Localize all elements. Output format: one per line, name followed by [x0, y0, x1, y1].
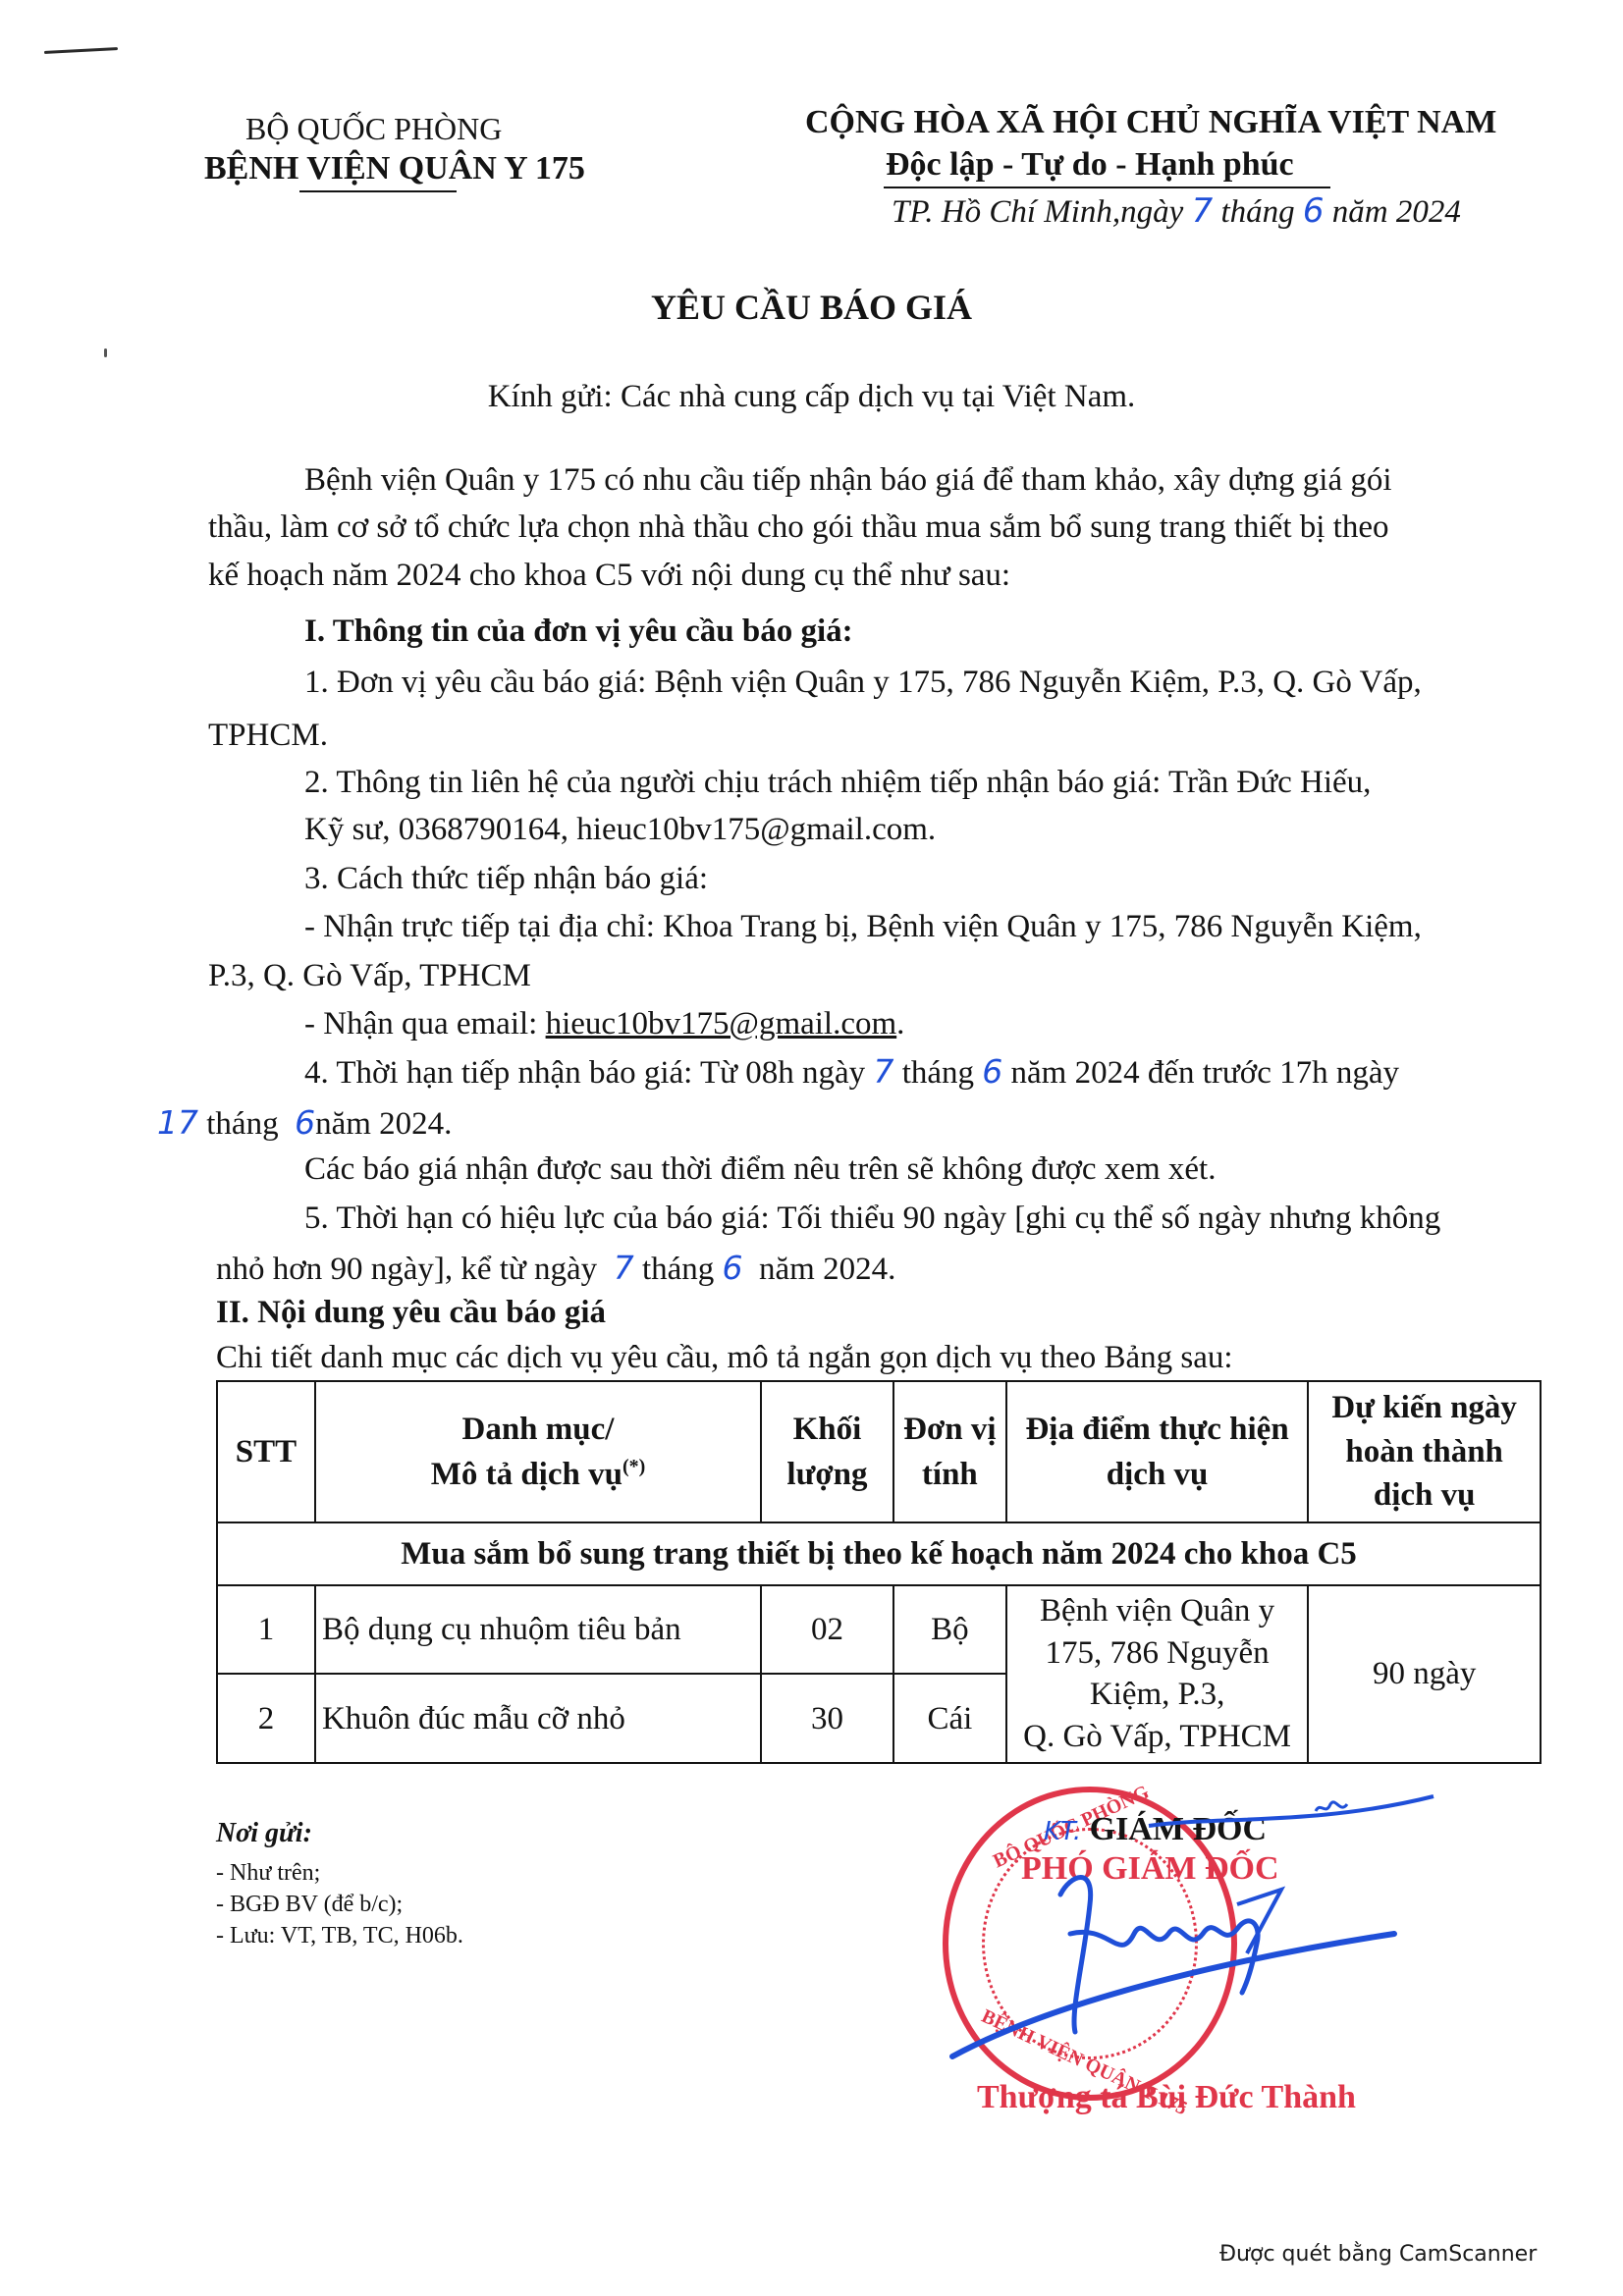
salutation: Kính gửi: Các nhà cung cấp dịch vụ tại V…: [0, 378, 1623, 417]
signature-icon: [923, 1787, 1473, 2081]
header-item: Danh mục/ Mô tả dịch vụ(*): [315, 1381, 761, 1522]
hospital-underline: [299, 190, 457, 192]
handwritten-validity-month: 6: [723, 1249, 743, 1287]
item-2-line-2: Kỹ sư, 0368790164, hieuc10bv175@gmail.co…: [304, 811, 936, 850]
item-3-direct-line-1: - Nhận trực tiếp tại địa chỉ: Khoa Trang…: [304, 908, 1422, 947]
hospital-name: BỆNH VIỆN QUÂN Y 175: [204, 149, 585, 189]
group-title: Mua sắm bổ sung trang thiết bị theo kế h…: [217, 1522, 1541, 1585]
item-3-email-line: - Nhận qua email: hieuc10bv175@gmail.com…: [304, 1005, 904, 1044]
header-stt: STT: [217, 1381, 315, 1522]
item-1-line-2: TPHCM.: [208, 717, 328, 756]
item-3-direct-line-2: P.3, Q. Gò Vấp, TPHCM: [208, 957, 531, 996]
handwritten-month-from: 6: [982, 1052, 1002, 1091]
handwritten-day-from: 7: [873, 1052, 893, 1091]
scanner-watermark: Được quét bằng CamScanner: [1219, 2242, 1537, 2267]
table-header-row: STT Danh mục/ Mô tả dịch vụ(*) Khối lượn…: [217, 1381, 1541, 1522]
national-motto: Độc lập - Tự do - Hạnh phúc: [886, 145, 1294, 186]
row-stt: 1: [217, 1585, 315, 1675]
row-stt: 2: [217, 1674, 315, 1763]
quotation-request-table: STT Danh mục/ Mô tả dịch vụ(*) Khối lượn…: [216, 1380, 1542, 1764]
item-5-line-1: 5. Thời hạn có hiệu lực của báo giá: Tối…: [304, 1200, 1440, 1239]
item-4-note: Các báo giá nhận được sau thời điểm nêu …: [304, 1150, 1216, 1190]
section-1-heading: I. Thông tin của đơn vị yêu cầu báo giá:: [304, 613, 853, 652]
item-4-line-2: 17 tháng 6năm 2024.: [157, 1103, 452, 1145]
row-item: Khuôn đúc mẫu cỡ nhỏ: [315, 1674, 761, 1763]
handwritten-month: 6: [1303, 191, 1325, 231]
scan-mark-line: [44, 47, 118, 54]
intro-line-1: Bệnh viện Quân y 175 có nhu cầu tiếp nhậ…: [304, 461, 1392, 501]
section-2-description: Chi tiết danh mục các dịch vụ yêu cầu, m…: [216, 1339, 1233, 1378]
deadline-cell: 90 ngày: [1308, 1585, 1541, 1764]
item-1-line-1: 1. Đơn vị yêu cầu báo giá: Bệnh viện Quâ…: [304, 664, 1422, 703]
table-row: 1 Bộ dụng cụ nhuộm tiêu bản 02 Bộ Bệnh v…: [217, 1585, 1541, 1675]
row-quantity: 30: [761, 1674, 893, 1763]
row-quantity: 02: [761, 1585, 893, 1675]
header-deadline: Dự kiến ngày hoàn thành dịch vụ: [1308, 1381, 1541, 1522]
handwritten-validity-day: 7: [614, 1249, 634, 1287]
header-unit: Đơn vị tính: [893, 1381, 1006, 1522]
row-unit: Cái: [893, 1674, 1006, 1763]
item-3-heading: 3. Cách thức tiếp nhận báo giá:: [304, 860, 708, 899]
section-2-heading: II. Nội dung yêu cầu báo giá: [216, 1294, 606, 1333]
header-location: Địa điểm thực hiện dịch vụ: [1006, 1381, 1309, 1522]
row-unit: Bộ: [893, 1585, 1006, 1675]
item-2-line-1: 2. Thông tin liên hệ của người chịu trác…: [304, 764, 1371, 803]
recipients-list: - Như trên; - BGĐ BV (để b/c); - Lưu: VT…: [216, 1857, 463, 1951]
recipient-item: - Lưu: VT, TB, TC, H06b.: [216, 1920, 463, 1951]
recipient-item: - Như trên;: [216, 1857, 463, 1889]
ministry-name: BỘ QUỐC PHÒNG: [245, 110, 502, 147]
item-4-line-1: 4. Thời hạn tiếp nhận báo giá: Từ 08h ng…: [304, 1052, 1399, 1094]
scan-mark-dot: [104, 348, 107, 357]
handwritten-month-to: 6: [295, 1103, 315, 1142]
email-link[interactable]: hieuc10bv175@gmail.com: [546, 1006, 897, 1041]
row-item: Bộ dụng cụ nhuộm tiêu bản: [315, 1585, 761, 1675]
intro-line-3: kế hoạch năm 2024 cho khoa C5 với nội du…: [208, 557, 1010, 596]
item-5-line-2: nhỏ hơn 90 ngày], kể từ ngày 7 tháng 6 n…: [216, 1249, 895, 1290]
republic-name: CỘNG HÒA XÃ HỘI CHỦ NGHĨA VIỆT NAM: [805, 103, 1496, 143]
signer-name: Thượng tá Bùi Đức Thành: [977, 2079, 1356, 2116]
motto-underline: [884, 187, 1330, 188]
document-title: YÊU CẦU BÁO GIÁ: [0, 287, 1623, 329]
handwritten-day-to: 17: [157, 1103, 198, 1142]
location-cell: Bệnh viện Quân y 175, 786 Nguyễn Kiệm, P…: [1006, 1585, 1309, 1764]
handwritten-day: 7: [1192, 191, 1214, 231]
intro-line-2: thầu, làm cơ sở tổ chức lựa chọn nhà thầ…: [208, 508, 1389, 548]
header-quantity: Khối lượng: [761, 1381, 893, 1522]
table-group-row: Mua sắm bổ sung trang thiết bị theo kế h…: [217, 1522, 1541, 1585]
place-date: TP. Hồ Chí Minh,ngày 7 tháng 6 năm 2024: [892, 191, 1461, 233]
recipients-heading: Nơi gửi:: [216, 1818, 312, 1849]
recipient-item: - BGĐ BV (để b/c);: [216, 1889, 463, 1920]
